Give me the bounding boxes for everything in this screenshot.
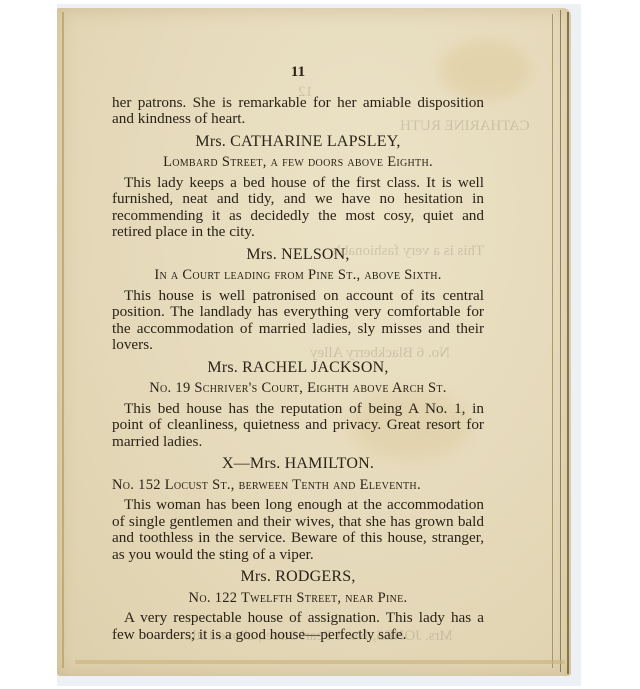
entry-description: This lady keeps a bed house of the first…	[112, 175, 484, 241]
entry-description: This woman has been long enough at the a…	[112, 497, 484, 563]
page-edge	[567, 12, 569, 674]
entry-description: A very respectable house of assignation.…	[112, 610, 484, 643]
entry-description: This house is well patronised on account…	[112, 288, 484, 354]
entry-name: Mrs. RODGERS,	[112, 569, 484, 586]
page-bottom-fold	[75, 660, 565, 664]
page-text: 11 her patrons. She is remarkable for he…	[112, 64, 484, 643]
entry-description: This bed house has the reputation of bei…	[112, 401, 484, 451]
opening-paragraph: her patrons. She is remarkable for her a…	[112, 95, 484, 128]
page-binding-edge	[62, 12, 64, 668]
entry-address: No. 152 Locust St., berween Tenth and El…	[112, 477, 484, 494]
entry-address: No. 19 Schriver's Court, Eighth above Ar…	[112, 380, 484, 397]
entry-address: Lombard Street, a few doors above Eighth…	[112, 154, 484, 171]
entry-address: In a Court leading from Pine St., above …	[112, 267, 484, 284]
entry-address: No. 122 Twelfth Street, near Pine.	[112, 590, 484, 607]
entry-name: Mrs. NELSON,	[112, 247, 484, 264]
page-edge	[552, 14, 553, 668]
entry-name: X—Mrs. HAMILTON.	[112, 456, 484, 473]
entry-name: Mrs. CATHARINE LAPSLEY,	[112, 134, 484, 151]
entry-name: Mrs. RACHEL JACKSON,	[112, 360, 484, 377]
page-number: 11	[112, 64, 484, 81]
page-edge	[560, 10, 561, 672]
